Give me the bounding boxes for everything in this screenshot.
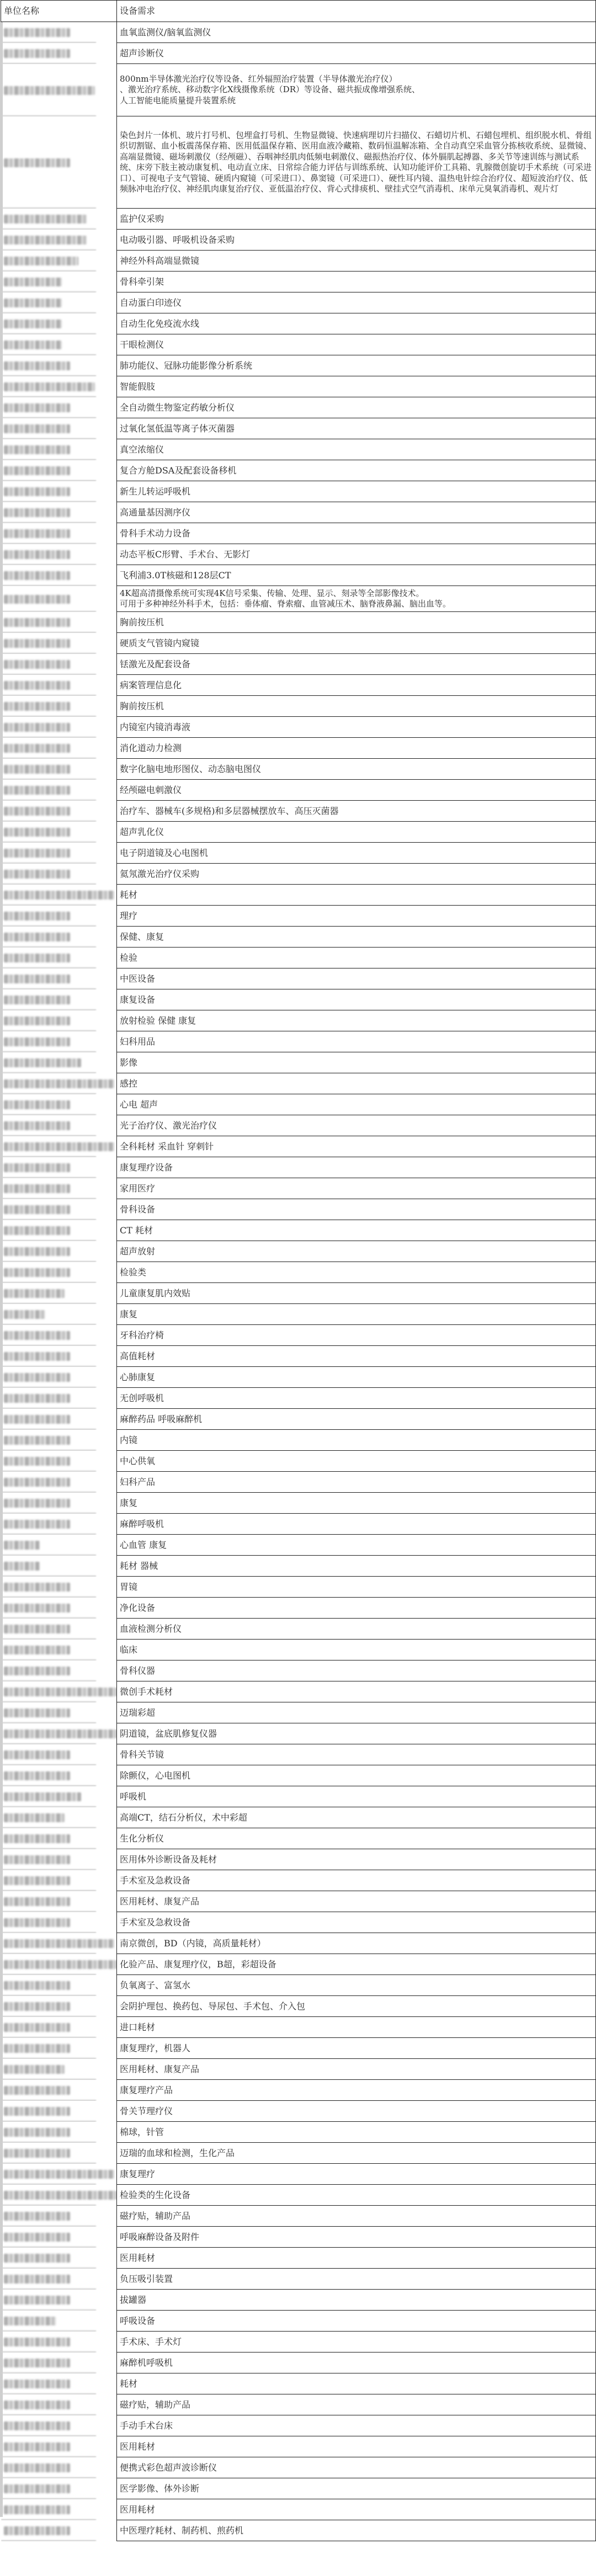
redacted-unit-name — [4, 2275, 70, 2284]
unit-name-cell-redacted — [1, 2332, 117, 2353]
unit-name-cell-redacted — [1, 2353, 117, 2373]
redacted-unit-name — [4, 158, 70, 167]
unit-name-cell-redacted — [1, 1849, 117, 1870]
redacted-unit-name — [4, 954, 70, 962]
equipment-need-cell: 手术室及急救设备 — [117, 1870, 596, 1891]
redacted-unit-name — [4, 1939, 114, 1948]
redacted-unit-name — [4, 278, 62, 286]
redacted-unit-name — [4, 508, 70, 517]
redacted-unit-name — [4, 1709, 70, 1717]
equipment-need-cell: 胃镜 — [117, 1577, 596, 1598]
equipment-need-cell: 干眼检测仪 — [117, 334, 596, 355]
redacted-unit-name — [4, 1037, 70, 1046]
table-row: 染色封片一体机、玻片打号机、包埋盒打号机、生物显微镜、快速病理切片扫描仪、石蜡切… — [1, 116, 596, 209]
redacted-unit-name — [4, 849, 70, 858]
redacted-unit-name — [4, 1247, 70, 1256]
table-row: 耗材 — [1, 885, 596, 906]
redacted-unit-name — [4, 1289, 65, 1298]
unit-name-cell-redacted — [1, 1031, 117, 1052]
equipment-need-cell: 高通量基因测序仪 — [117, 502, 596, 523]
equipment-need-cell: 微创手术耗材 — [117, 1681, 596, 1702]
equipment-need-cell: 进口耗材 — [117, 2017, 596, 2038]
equipment-need-cell: 净化设备 — [117, 1598, 596, 1619]
unit-name-cell-redacted — [1, 1325, 117, 1346]
redacted-unit-name — [4, 2484, 70, 2493]
table-row: 除颤仪，心电图机 — [1, 1765, 596, 1786]
equipment-need-cell: 过氧化氢低温等离子体灭菌器 — [117, 418, 596, 439]
redacted-unit-name — [4, 828, 70, 837]
table-row: 骨关节理疗仪 — [1, 2101, 596, 2122]
unit-name-cell-redacted — [1, 1807, 117, 1828]
table-row: 康复理疗设备 — [1, 1157, 596, 1178]
unit-name-cell-redacted — [1, 864, 117, 885]
equipment-need-cell: 便携式彩色超声波诊断仪 — [117, 2457, 596, 2478]
redacted-unit-name — [4, 1562, 40, 1571]
redacted-unit-name — [4, 215, 87, 223]
table-row: 干眼检测仪 — [1, 334, 596, 355]
unit-name-cell-redacted — [1, 418, 117, 439]
redacted-unit-name — [4, 2107, 70, 2116]
equipment-need-cell: 飞利浦3.0T核磁和128层CT — [117, 565, 596, 586]
table-row: 病案管理信息化 — [1, 675, 596, 696]
equipment-need-cell: 迈瑞的血球和检测，生化产品 — [117, 2143, 596, 2164]
unit-name-cell-redacted — [1, 2143, 117, 2164]
unit-name-cell-redacted — [1, 2311, 117, 2332]
redacted-unit-name — [4, 996, 70, 1004]
redacted-unit-name — [4, 86, 95, 95]
unit-name-cell-redacted — [1, 1723, 117, 1744]
equipment-need-cell: 医用体外诊断设备及耗材 — [117, 1849, 596, 1870]
equipment-need-cell: 中医理疗耗材、制药机、煎药机 — [117, 2520, 596, 2541]
equipment-need-cell: 高端CT，结石分析仪，术中彩超 — [117, 1807, 596, 1828]
unit-name-cell-redacted — [1, 1577, 117, 1598]
table-row: 光子治疗仪、激光治疗仪 — [1, 1115, 596, 1136]
row-divider — [1, 2540, 97, 2541]
equipment-need-cell: 感控 — [117, 1073, 596, 1094]
table-row: 心血管 康复 — [1, 1535, 596, 1556]
table-row: 妇科产品 — [1, 1472, 596, 1493]
table-row: 心电 超声 — [1, 1094, 596, 1115]
unit-name-cell-redacted — [1, 1933, 117, 1954]
unit-name-cell-redacted — [1, 1598, 117, 1619]
equipment-demand-table: 单位名称 设备需求 血氧监测仪/脑氧监测仪超声诊断仪800nm半导体激光治疗仪等… — [1, 0, 596, 2541]
equipment-need-cell: 自动生化免疫流水线 — [117, 313, 596, 334]
unit-name-cell-redacted — [1, 843, 117, 864]
unit-name-cell-redacted — [1, 1744, 117, 1765]
redacted-unit-name — [4, 1121, 70, 1130]
unit-name-cell-redacted — [1, 116, 117, 209]
equipment-need-cell: 硬质支气管镜内窥镜 — [117, 633, 596, 654]
table-row: 影像 — [1, 1052, 596, 1073]
redacted-unit-name — [4, 1352, 70, 1361]
equipment-need-cell: 骨科仪器 — [117, 1660, 596, 1681]
redacted-unit-name — [4, 1876, 70, 1885]
equipment-need-cell: 医用耗材 — [117, 2499, 596, 2520]
equipment-need-cell: 经颅磁电刺激仪 — [117, 780, 596, 801]
table-row: 胸前按压机 — [1, 696, 596, 717]
table-row: 手术床、手术灯 — [1, 2332, 596, 2353]
table-row: 检验类的生化设备 — [1, 2185, 596, 2206]
table-row: 硬质支气管镜内窥镜 — [1, 633, 596, 654]
equipment-need-cell: 负氧离子、富氢水 — [117, 1975, 596, 1996]
redacted-unit-name — [4, 403, 70, 412]
equipment-need-cell: CT 耗材 — [117, 1220, 596, 1241]
redacted-unit-name — [4, 1960, 117, 1969]
unit-name-cell-redacted — [1, 1640, 117, 1660]
redacted-unit-name — [4, 1897, 70, 1906]
unit-name-cell-redacted — [1, 2206, 117, 2227]
redacted-unit-name — [4, 28, 70, 37]
equipment-need-cell: 染色封片一体机、玻片打号机、包埋盒打号机、生物显微镜、快速病理切片扫描仪、石蜡切… — [117, 116, 596, 209]
unit-name-cell-redacted — [1, 1954, 117, 1975]
equipment-need-cell: 治疗车、器械车(多规格)和多层器械摆放车、高压灭菌器 — [117, 801, 596, 822]
redacted-unit-name — [4, 1079, 114, 1088]
equipment-need-cell: 医用耗材、康复产品 — [117, 2059, 596, 2080]
equipment-need-cell: 康复 — [117, 1493, 596, 1514]
equipment-need-cell: 智能假肢 — [117, 376, 596, 397]
equipment-need-cell: 化验产品、康复理疗仪，B超，彩超设备 — [117, 1954, 596, 1975]
equipment-need-cell: 呼吸机 — [117, 1786, 596, 1807]
table-row: 医用耗材 — [1, 2499, 596, 2520]
equipment-need-cell: 耗材 — [117, 885, 596, 906]
redacted-unit-name — [4, 1499, 70, 1508]
equipment-need-cell: 自动蛋白印迹仪 — [117, 292, 596, 313]
table-row: 微创手术耗材 — [1, 1681, 596, 1702]
table-row: 骨科仪器 — [1, 1660, 596, 1681]
unit-name-cell-redacted — [1, 1010, 117, 1031]
unit-name-cell-redacted — [1, 1052, 117, 1073]
redacted-unit-name — [4, 1478, 70, 1487]
table-row: 康复设备 — [1, 989, 596, 1010]
redacted-unit-name — [4, 595, 70, 604]
equipment-need-cell: 心血管 康复 — [117, 1535, 596, 1556]
equipment-need-cell: 阴道镜，盆底肌修复仪器 — [117, 1723, 596, 1744]
unit-name-cell-redacted — [1, 801, 117, 822]
unit-name-cell-redacted — [1, 1367, 117, 1388]
equipment-need-cell: 血氧监测仪/脑氧监测仪 — [117, 22, 596, 43]
table-row: 康复理疗，机器人 — [1, 2038, 596, 2059]
table-row: 麻醉药品 呼吸麻醉机 — [1, 1409, 596, 1430]
equipment-need-cell: 超声放射 — [117, 1241, 596, 1262]
table-row: 医用耗材、康复产品 — [1, 1891, 596, 1912]
unit-name-cell-redacted — [1, 1535, 117, 1556]
equipment-need-cell: 康复理疗设备 — [117, 1157, 596, 1178]
table-row: 手动手术台床 — [1, 2415, 596, 2436]
table-row: 中医设备 — [1, 968, 596, 989]
table-row: 中心供氧 — [1, 1451, 596, 1472]
unit-name-cell-redacted — [1, 209, 117, 230]
unit-name-cell-redacted — [1, 2122, 117, 2143]
unit-name-cell-redacted — [1, 230, 117, 251]
redacted-unit-name — [4, 382, 95, 391]
equipment-need-cell: 理疗 — [117, 906, 596, 927]
redacted-unit-name — [4, 681, 70, 690]
equipment-need-cell: 手动手术台床 — [117, 2415, 596, 2436]
unit-name-cell-redacted — [1, 251, 117, 272]
equipment-need-cell: 骨关节理疗仪 — [117, 2101, 596, 2122]
equipment-need-cell: 光子治疗仪、激光治疗仪 — [117, 1115, 596, 1136]
table-row: 智能假肢 — [1, 376, 596, 397]
table-row: 拔罐器 — [1, 2290, 596, 2311]
unit-name-cell-redacted — [1, 272, 117, 292]
table-row: 电动吸引器、呼吸机设备采购 — [1, 230, 596, 251]
header-equipment-need: 设备需求 — [117, 1, 596, 22]
redacted-unit-name — [4, 2023, 70, 2032]
redacted-unit-name — [4, 2233, 70, 2242]
equipment-need-cell: 铥激光及配套设备 — [117, 654, 596, 675]
equipment-need-cell: 放射检验 保健 康复 — [117, 1010, 596, 1031]
unit-name-cell-redacted — [1, 64, 117, 116]
equipment-need-cell: 康复 — [117, 1304, 596, 1325]
equipment-need-cell: 牙科治疗椅 — [117, 1325, 596, 1346]
unit-name-cell-redacted — [1, 1262, 117, 1283]
equipment-need-cell: 康复理疗，机器人 — [117, 2038, 596, 2059]
redacted-unit-name — [4, 1331, 70, 1340]
unit-name-cell-redacted — [1, 1493, 117, 1514]
equipment-need-cell: 麻醉呼吸机 — [117, 1514, 596, 1535]
equipment-need-cell: 耗材 — [117, 2373, 596, 2394]
table-row: 铥激光及配套设备 — [1, 654, 596, 675]
table-row: 消化道动力检测 — [1, 738, 596, 759]
redacted-unit-name — [4, 744, 70, 753]
table-row: 全科耗材 采血针 穿刺针 — [1, 1136, 596, 1157]
unit-name-cell-redacted — [1, 2457, 117, 2478]
equipment-need-cell: 血液检测分析仪 — [117, 1619, 596, 1640]
table-row: 手术室及急救设备 — [1, 1912, 596, 1933]
redacted-unit-name — [4, 1625, 70, 1633]
redacted-unit-name — [4, 1205, 70, 1214]
table-row: 检验 — [1, 948, 596, 968]
unit-name-cell-redacted — [1, 1891, 117, 1912]
table-row: 医用耗材、康复产品 — [1, 2059, 596, 2080]
unit-name-cell-redacted — [1, 1996, 117, 2017]
unit-name-cell-redacted — [1, 780, 117, 801]
unit-name-cell-redacted — [1, 1681, 117, 1702]
redacted-unit-name — [4, 487, 70, 496]
equipment-need-cell: 骨科设备 — [117, 1199, 596, 1220]
redacted-unit-name — [4, 1415, 70, 1424]
unit-name-cell-redacted — [1, 927, 117, 948]
table-row: 4K超高清摄像系统可实现4K信号采集、传输、处理、显示、刻录等全部影像技术。 可… — [1, 586, 596, 612]
unit-name-cell-redacted — [1, 1220, 117, 1241]
table-row: 中医理疗耗材、制药机、煎药机 — [1, 2520, 596, 2541]
table-row: 过氧化氢低温等离子体灭菌器 — [1, 418, 596, 439]
redacted-unit-name — [4, 529, 70, 538]
equipment-need-cell: 肺功能仪、冠脉功能影像分析系统 — [117, 355, 596, 376]
unit-name-cell-redacted — [1, 1073, 117, 1094]
equipment-need-cell: 无创呼吸机 — [117, 1388, 596, 1409]
unit-name-cell-redacted — [1, 397, 117, 418]
redacted-unit-name — [4, 1520, 70, 1529]
table-row: 家用医疗 — [1, 1178, 596, 1199]
unit-name-cell-redacted — [1, 2373, 117, 2394]
table-row: 内镜 — [1, 1430, 596, 1451]
table-row: 康复 — [1, 1493, 596, 1514]
unit-name-cell-redacted — [1, 1136, 117, 1157]
equipment-need-cell: 内镜室内镜消毒液 — [117, 717, 596, 738]
unit-name-cell-redacted — [1, 654, 117, 675]
table-row: 800nm半导体激光治疗仪等设备、红外辐照治疗装置（半导体激光治疗仪） 、激光治… — [1, 64, 596, 116]
table-row: 康复理疗产品 — [1, 2080, 596, 2101]
unit-name-cell-redacted — [1, 1157, 117, 1178]
unit-name-cell-redacted — [1, 2017, 117, 2038]
equipment-need-cell: 监护仪采购 — [117, 209, 596, 230]
table-row: 呼吸设备 — [1, 2311, 596, 2332]
table-row: 牙科治疗椅 — [1, 1325, 596, 1346]
redacted-unit-name — [4, 2128, 70, 2137]
redacted-unit-name — [4, 618, 70, 627]
equipment-need-cell: 超声乳化仪 — [117, 822, 596, 843]
redacted-unit-name — [4, 2254, 70, 2263]
redacted-unit-name — [4, 1394, 70, 1403]
table-row: 会阴护理包、换药包、导尿包、手术包、介入包 — [1, 1996, 596, 2017]
redacted-unit-name — [4, 257, 78, 265]
unit-name-cell-redacted — [1, 334, 117, 355]
unit-name-cell-redacted — [1, 1765, 117, 1786]
equipment-need-cell: 磁疗贴，辅助产品 — [117, 2394, 596, 2415]
table-row: 阴道镜，盆底肌修复仪器 — [1, 1723, 596, 1744]
redacted-unit-name — [4, 1813, 65, 1822]
unit-name-cell-redacted — [1, 612, 117, 633]
redacted-unit-name — [4, 975, 70, 983]
equipment-need-cell: 胸前按压机 — [117, 612, 596, 633]
redacted-unit-name — [4, 786, 70, 795]
table-row: 感控 — [1, 1073, 596, 1094]
table-row: 自动蛋白印迹仪 — [1, 292, 596, 313]
redacted-unit-name — [4, 49, 70, 58]
table-row: 高通量基因测序仪 — [1, 502, 596, 523]
equipment-need-cell: 医学影像、体外诊断 — [117, 2478, 596, 2499]
equipment-need-cell: 病案管理信息化 — [117, 675, 596, 696]
equipment-need-cell: 负压吸引装置 — [117, 2269, 596, 2290]
redacted-unit-name — [4, 1226, 70, 1235]
unit-name-cell-redacted — [1, 968, 117, 989]
redacted-unit-name — [4, 702, 70, 711]
table-row: 电子阴道镜及心电图机 — [1, 843, 596, 864]
equipment-need-cell: 心电 超声 — [117, 1094, 596, 1115]
table-row: 新生儿转运呼吸机 — [1, 481, 596, 502]
table-row: 生化分析仪 — [1, 1828, 596, 1849]
table-row: 检验类 — [1, 1262, 596, 1283]
redacted-unit-name — [4, 2401, 70, 2409]
redacted-unit-name — [4, 1855, 70, 1864]
table-row: 胃镜 — [1, 1577, 596, 1598]
unit-name-cell-redacted — [1, 1304, 117, 1325]
unit-name-cell-redacted — [1, 2394, 117, 2415]
redacted-unit-name — [4, 2317, 56, 2325]
redacted-unit-name — [4, 2296, 70, 2304]
unit-name-cell-redacted — [1, 989, 117, 1010]
equipment-need-cell: 磁疗贴，辅助产品 — [117, 2206, 596, 2227]
equipment-need-cell: 骨科牵引架 — [117, 272, 596, 292]
equipment-need-cell: 全自动微生物鉴定药敏分析仪 — [117, 397, 596, 418]
table-row: 进口耗材 — [1, 2017, 596, 2038]
unit-name-cell-redacted — [1, 1451, 117, 1472]
equipment-need-cell: 动态平板C形臂、手术台、无影灯 — [117, 544, 596, 565]
equipment-need-cell: 临床 — [117, 1640, 596, 1660]
table-row: 耗材 器械 — [1, 1556, 596, 1577]
table-row: 胸前按压机 — [1, 612, 596, 633]
table-row: 负压吸引装置 — [1, 2269, 596, 2290]
table-row: 神经外科高端显微镜 — [1, 251, 596, 272]
redacted-unit-name — [4, 1981, 70, 1990]
unit-name-cell-redacted — [1, 717, 117, 738]
redacted-unit-name — [4, 2191, 117, 2200]
equipment-need-cell: 保健、康复 — [117, 927, 596, 948]
redacted-unit-name — [4, 1373, 70, 1382]
equipment-need-cell: 妇科用品 — [117, 1031, 596, 1052]
equipment-need-cell: 康复设备 — [117, 989, 596, 1010]
redacted-unit-name — [4, 1310, 45, 1319]
equipment-need-cell: 拔罐器 — [117, 2290, 596, 2311]
equipment-need-cell: 中心供氧 — [117, 1451, 596, 1472]
unit-name-cell-redacted — [1, 439, 117, 460]
table-row: 迈瑞的血球和检测，生化产品 — [1, 2143, 596, 2164]
equipment-need-cell: 电动吸引器、呼吸机设备采购 — [117, 230, 596, 251]
unit-name-cell-redacted — [1, 2499, 117, 2520]
unit-name-cell-redacted — [1, 460, 117, 481]
equipment-need-cell: 4K超高清摄像系统可实现4K信号采集、传输、处理、显示、刻录等全部影像技术。 可… — [117, 586, 596, 612]
unit-name-cell-redacted — [1, 1115, 117, 1136]
equipment-need-cell: 检验类 — [117, 1262, 596, 1283]
unit-name-cell-redacted — [1, 2436, 117, 2457]
equipment-need-cell: 医用耗材 — [117, 2436, 596, 2457]
unit-name-cell-redacted — [1, 22, 117, 43]
redacted-unit-name — [4, 2086, 70, 2095]
redacted-unit-name — [4, 660, 70, 669]
table-row: 康复 — [1, 1304, 596, 1325]
table-row: 棉球，针管 — [1, 2122, 596, 2143]
redacted-unit-name — [4, 466, 70, 475]
table-row: 保健、康复 — [1, 927, 596, 948]
equipment-need-cell: 全科耗材 采血针 穿刺针 — [117, 1136, 596, 1157]
equipment-need-cell: 消化道动力检测 — [117, 738, 596, 759]
redacted-unit-name — [4, 1184, 70, 1193]
table-row: 血氧监测仪/脑氧监测仪 — [1, 22, 596, 43]
unit-name-cell-redacted — [1, 1556, 117, 1577]
redacted-unit-name — [4, 1163, 70, 1172]
equipment-need-cell: 骨科手术动力设备 — [117, 523, 596, 544]
unit-name-cell-redacted — [1, 523, 117, 544]
table-row: 负氧离子、富氢水 — [1, 1975, 596, 1996]
equipment-need-cell: 神经外科高端显微镜 — [117, 251, 596, 272]
unit-name-cell-redacted — [1, 1619, 117, 1640]
redacted-unit-name — [4, 1834, 70, 1843]
redacted-unit-name — [4, 2065, 65, 2074]
equipment-need-cell: 心肺康复 — [117, 1367, 596, 1388]
unit-name-cell-redacted — [1, 586, 117, 612]
table-row: 超声放射 — [1, 1241, 596, 1262]
redacted-unit-name — [4, 807, 70, 816]
unit-name-cell-redacted — [1, 1430, 117, 1451]
equipment-need-cell: 胸前按压机 — [117, 696, 596, 717]
unit-name-cell-redacted — [1, 1388, 117, 1409]
redacted-unit-name — [4, 933, 70, 941]
table-row: 医用体外诊断设备及耗材 — [1, 1849, 596, 1870]
redacted-unit-name — [4, 1268, 70, 1277]
unit-name-cell-redacted — [1, 2185, 117, 2206]
unit-name-cell-redacted — [1, 2248, 117, 2269]
equipment-need-cell: 内镜 — [117, 1430, 596, 1451]
table-row: 心肺康复 — [1, 1367, 596, 1388]
unit-name-cell-redacted — [1, 1702, 117, 1723]
equipment-need-cell: 真空浓缩仪 — [117, 439, 596, 460]
redacted-unit-name — [4, 870, 70, 879]
table-row: 妇科用品 — [1, 1031, 596, 1052]
unit-name-cell-redacted — [1, 675, 117, 696]
unit-name-cell-redacted — [1, 1241, 117, 1262]
unit-name-cell-redacted — [1, 2227, 117, 2248]
